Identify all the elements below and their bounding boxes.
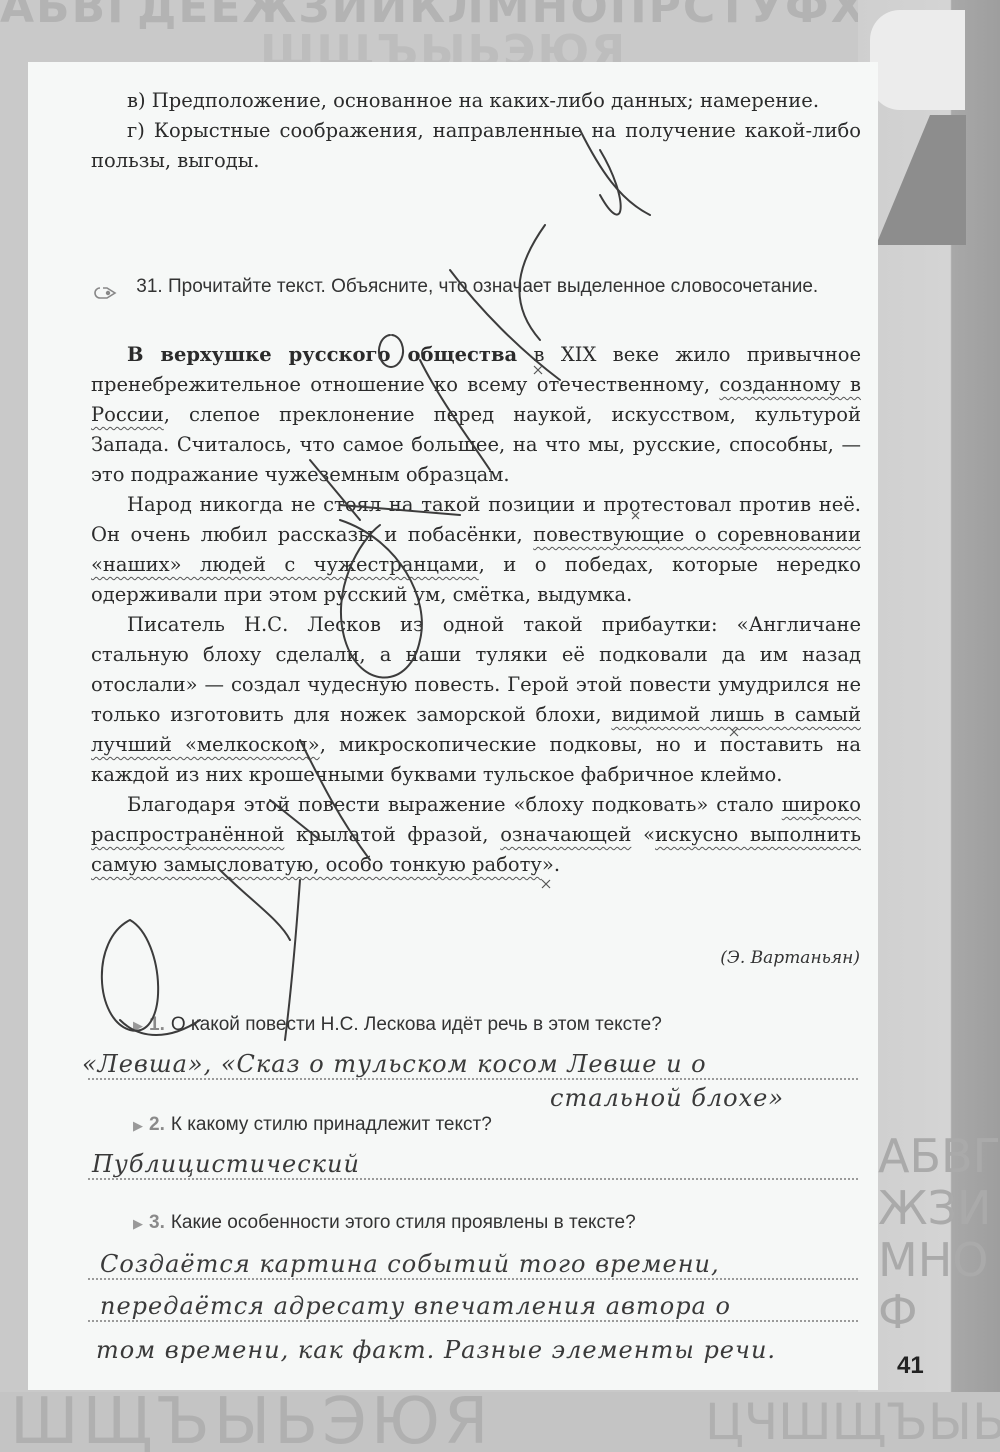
paragraph-4: Благодаря этой повести выражение «блоху … xyxy=(91,790,861,880)
answer-3-line-2: передаётся адресату впечатления автора о xyxy=(100,1292,731,1320)
question-number: 3. xyxy=(149,1212,165,1233)
answer-line[interactable] xyxy=(88,1078,858,1080)
underlined-phrase: означающей xyxy=(500,823,631,846)
decorative-shape xyxy=(870,10,965,110)
paragraph-text: крылатой фразой, xyxy=(284,823,500,846)
item-g: г) Корыстные соображения, направленные н… xyxy=(91,116,861,176)
answer-3-line-3: том времени, как факт. Разные элементы р… xyxy=(96,1336,776,1364)
question-number: 2. xyxy=(149,1114,165,1135)
question-text: Какие особенности этого стиля проявлены … xyxy=(171,1212,636,1233)
paragraph-text: , слепое преклонение перед наукой, искус… xyxy=(91,403,861,486)
paragraph-text: Благодаря этой повести выражение «блоху … xyxy=(127,793,782,816)
answer-line[interactable] xyxy=(88,1278,858,1280)
background-alphabet-bottom-right: ЦЧШЩЪЫЬ xyxy=(705,1392,1000,1452)
triangle-bullet-icon: ▶ xyxy=(133,1018,143,1033)
answer-1-line-2: стальной блохе» xyxy=(550,1084,784,1112)
paragraph-1: В верхушке русского общества в XIX веке … xyxy=(91,340,861,490)
page-number: 41 xyxy=(897,1352,924,1380)
attribution: (Э. Вартаньян) xyxy=(720,948,860,968)
answer-line[interactable] xyxy=(88,1178,858,1180)
exercise-header: 31. Прочитайте текст. Объясните, что озн… xyxy=(91,272,861,302)
previous-exercise-items: в) Предположение, основанное на каких-ли… xyxy=(91,86,861,176)
triangle-bullet-icon: ▶ xyxy=(133,1118,143,1133)
answer-line[interactable] xyxy=(88,1320,858,1322)
triangle-bullet-icon: ▶ xyxy=(133,1216,143,1231)
paragraph-3: Писатель Н.С. Лесков из одной такой приб… xyxy=(91,610,861,790)
background-alphabet-bottom-left: ШЩЪЫЬЭЮЯ xyxy=(0,1392,492,1452)
answer-1-line-1: «Левша», «Сказ о тульском косом Левше и … xyxy=(82,1050,707,1078)
answer-2-line-1: Публицистический xyxy=(92,1150,360,1178)
paragraph-text: « xyxy=(631,823,655,846)
exercise-number: 31. xyxy=(136,276,162,297)
background-alphabet-top: АБВГДЕЁЖЗИЙКЛМНОПРСТУФХЦЧ ШЩЪЫЬЭЮЯ xyxy=(0,0,860,66)
task-link-icon xyxy=(91,280,121,294)
question-2: ▶2.К какому стилю принадлежит текст? xyxy=(133,1114,492,1136)
background-alphabet-right: АБВГ ЖЗИ МНО Ф xyxy=(878,1130,1000,1338)
item-v: в) Предположение, основанное на каких-ли… xyxy=(91,86,861,116)
background-alphabet-bottom: ШЩЪЫЬЭЮЯ ЦЧШЩЪЫЬ xyxy=(0,1392,1000,1452)
highlighted-phrase: В верхушке русского общества xyxy=(127,343,517,366)
question-text: О какой повести Н.С. Лескова идёт речь в… xyxy=(171,1014,662,1035)
question-1: ▶1.О какой повести Н.С. Лескова идёт реч… xyxy=(133,1014,662,1036)
question-3: ▶3.Какие особенности этого стиля проявле… xyxy=(133,1212,636,1234)
question-text: К какому стилю принадлежит текст? xyxy=(171,1114,492,1135)
background-alphabet-row-2: ШЩЪЫЬЭЮЯ xyxy=(0,30,860,66)
paragraph-text: ». xyxy=(542,853,560,876)
question-number: 1. xyxy=(149,1014,165,1035)
background-alphabet-row: МНО xyxy=(878,1234,1000,1286)
background-alphabet-row: Ф xyxy=(878,1286,1000,1338)
exercise-instruction: Прочитайте текст. Объясните, что означае… xyxy=(168,276,818,297)
background-alphabet-row: АБВГ xyxy=(878,1130,1000,1182)
paragraph-2: Народ никогда не стоял на такой позиции … xyxy=(91,490,861,610)
answer-3-line-1: Создаётся картина событий того времени, xyxy=(100,1250,720,1278)
background-alphabet-row: ЖЗИ xyxy=(878,1182,1000,1234)
exercise-text: В верхушке русского общества в XIX веке … xyxy=(91,340,861,880)
